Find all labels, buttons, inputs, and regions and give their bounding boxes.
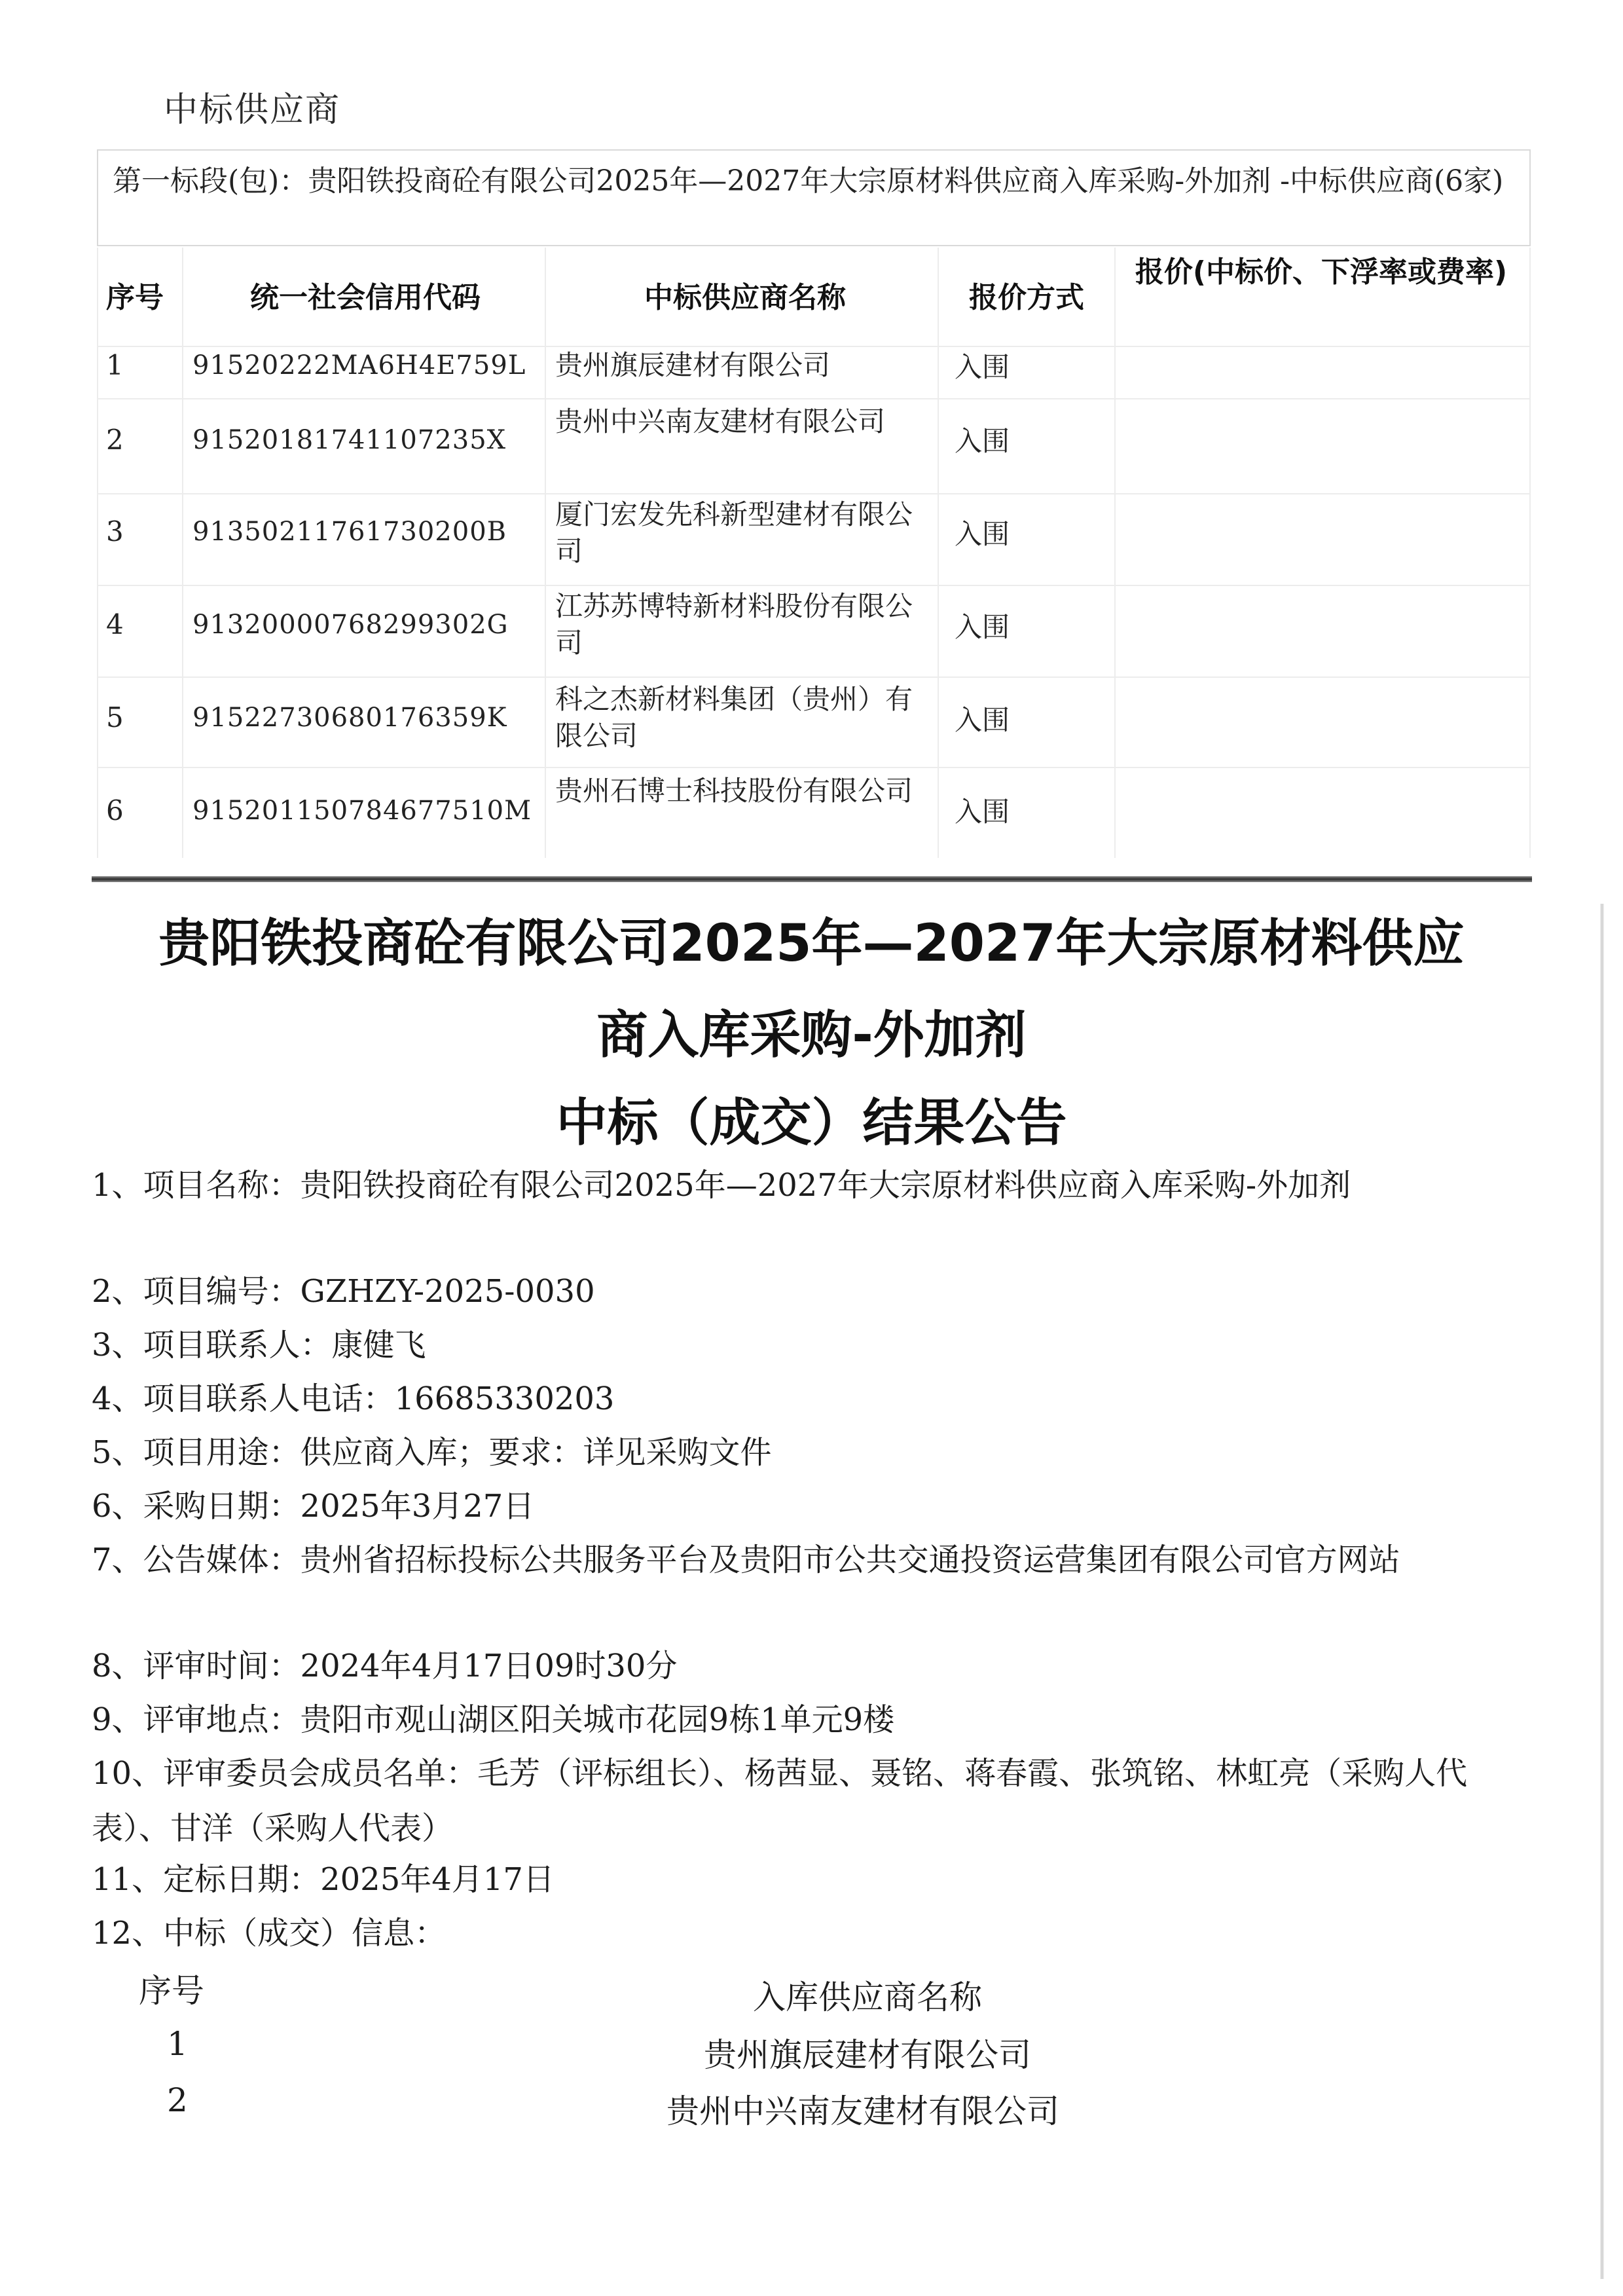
row-3-code: 91350211761730200B — [192, 513, 507, 550]
item-project-name: 1、项目名称：贵阳铁投商砼有限公司2025年—2027年大宗原材料供应商入库采购… — [92, 1158, 1519, 1213]
row-1-quote-method: 入围 — [955, 349, 1010, 386]
row-divider — [97, 767, 1531, 768]
item-award-info: 12、中标（成交）信息： — [92, 1906, 1519, 1961]
result-row-2-name: 贵州中兴南友建材有限公司 — [666, 2085, 1059, 2132]
row-4-name: 江苏苏博特新材料股份有限公司 — [555, 588, 922, 661]
row-4-no: 4 — [106, 606, 124, 643]
item-award-date: 11、定标日期：2025年4月17日 — [92, 1852, 1519, 1907]
section-divider — [92, 876, 1532, 882]
row-divider — [97, 493, 1531, 494]
result-row-1-no: 1 — [167, 2025, 188, 2063]
row-6-no: 6 — [106, 792, 124, 829]
item-project-purpose: 5、项目用途：供应商入库；要求：详见采购文件 — [92, 1425, 1519, 1480]
item-review-location: 9、评审地点：贵阳市观山湖区阳关城市花园9栋1单元9楼 — [92, 1692, 1519, 1747]
row-2-name: 贵州中兴南友建材有限公司 — [555, 403, 922, 440]
header-quote-method: 报价方式 — [941, 274, 1112, 316]
item-project-number: 2、项目编号：GZHZY-2025-0030 — [92, 1264, 1519, 1319]
row-5-code: 91522730680176359K — [192, 699, 507, 736]
row-3-quote-method: 入围 — [955, 516, 1010, 553]
row-divider — [97, 398, 1531, 399]
row-3-no: 3 — [106, 513, 124, 550]
row-4-code: 91320000768299302G — [192, 606, 509, 643]
scan-edge-shadow — [1600, 904, 1604, 2279]
result-row-2-no: 2 — [167, 2081, 188, 2119]
header-quote: 报价(中标价、下浮率或费率) — [1125, 254, 1518, 291]
row-2-no: 2 — [106, 422, 124, 458]
item-media: 7、公告媒体：贵州省招标投标公共服务平台及贵阳市公共交通投资运营集团有限公司官方… — [92, 1532, 1519, 1587]
row-1-name: 贵州旗辰建材有限公司 — [555, 347, 922, 384]
header-supplier-name: 中标供应商名称 — [555, 274, 935, 316]
announcement-title-line1: 贵阳铁投商砼有限公司2025年—2027年大宗原材料供应 — [0, 902, 1623, 976]
header-credit-code: 统一社会信用代码 — [195, 274, 536, 316]
row-3-name: 厦门宏发先科新型建材有限公司 — [555, 496, 922, 570]
result-row-1-name: 贵州旗辰建材有限公司 — [704, 2029, 1031, 2076]
row-5-name: 科之杰新材料集团（贵州）有限公司 — [555, 681, 922, 754]
item-review-time: 8、评审时间：2024年4月17日09时30分 — [92, 1639, 1519, 1694]
row-1-no: 1 — [106, 347, 124, 384]
section-label: 中标供应商 — [164, 82, 340, 131]
row-2-code: 91520181741107235X — [192, 422, 506, 458]
winner-table: 序号 统一社会信用代码 中标供应商名称 报价方式 报价(中标价、下浮率或费率) … — [97, 248, 1531, 858]
row-2-quote-method: 入围 — [955, 423, 1010, 460]
item-committee: 10、评审委员会成员名单：毛芳（评标组长）、杨茜显、聂铭、蒋春霞、张筑铭、林虹亮… — [92, 1746, 1519, 1856]
item-contact-phone: 4、项目联系人电话：16685330203 — [92, 1371, 1519, 1426]
announcement-title-line2: 商入库采购-外加剂 — [0, 994, 1623, 1067]
header-no: 序号 — [106, 274, 178, 316]
row-5-no: 5 — [106, 699, 124, 736]
package-title: 第一标段(包)：贵阳铁投商砼有限公司2025年—2027年大宗原材料供应商入库采… — [97, 149, 1531, 246]
row-6-name: 贵州石博士科技股份有限公司 — [555, 773, 922, 809]
item-purchase-date: 6、采购日期：2025年3月27日 — [92, 1479, 1519, 1534]
result-header-name: 入库供应商名称 — [753, 1971, 982, 2018]
row-6-quote-method: 入围 — [955, 794, 1010, 830]
item-contact-person: 3、项目联系人：康健飞 — [92, 1318, 1519, 1373]
row-6-code: 915201150784677510M — [192, 792, 532, 829]
row-divider — [97, 585, 1531, 586]
row-4-quote-method: 入围 — [955, 609, 1010, 646]
row-5-quote-method: 入围 — [955, 702, 1010, 739]
row-divider — [97, 676, 1531, 678]
row-1-code: 91520222MA6H4E759L — [192, 347, 526, 384]
announcement-title-line3: 中标（成交）结果公告 — [0, 1082, 1623, 1155]
result-header-no: 序号 — [139, 1965, 204, 2012]
